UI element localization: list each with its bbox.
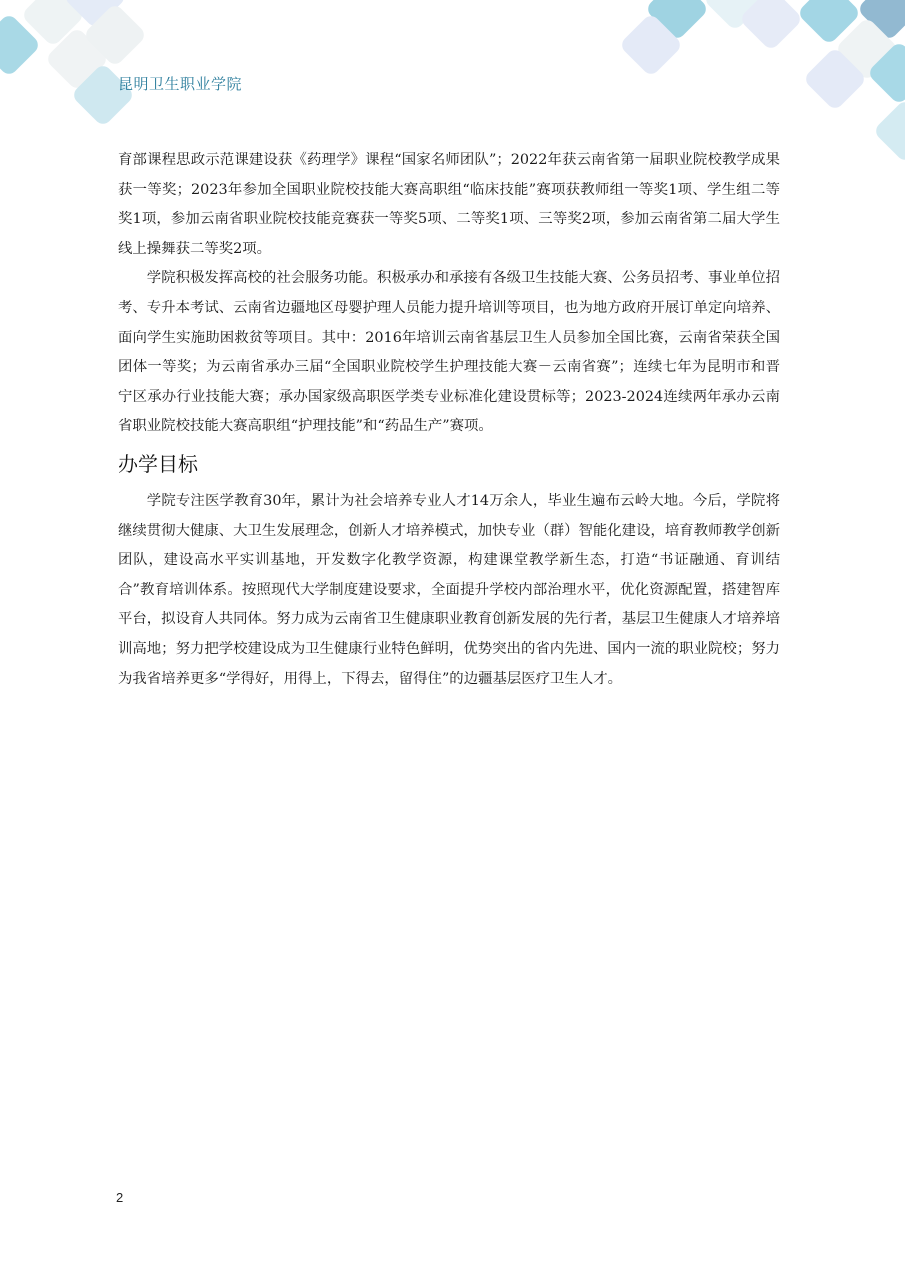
decorative-diamond [872, 98, 905, 163]
paragraph-goals: 学院专注医学教育30年，累计为社会培养专业人才14万余人，毕业生遍布云岭大地。今… [118, 487, 780, 694]
paragraph-social-service: 学院积极发挥高校的社会服务功能。积极承办和承接有各级卫生技能大赛、公务员招考、事… [118, 264, 780, 442]
header-institution-name: 昆明卫生职业学院 [118, 73, 242, 94]
decorative-diamond [738, 0, 803, 52]
paragraph-achievements: 育部课程思政示范课建设获《药理学》课程“国家名师团队”；2022年获云南省第一届… [118, 146, 780, 264]
document-body: 育部课程思政示范课建设获《药理学》课程“国家名师团队”；2022年获云南省第一届… [118, 146, 780, 694]
page-number: 2 [116, 1190, 123, 1205]
section-heading: 办学目标 [118, 447, 780, 481]
